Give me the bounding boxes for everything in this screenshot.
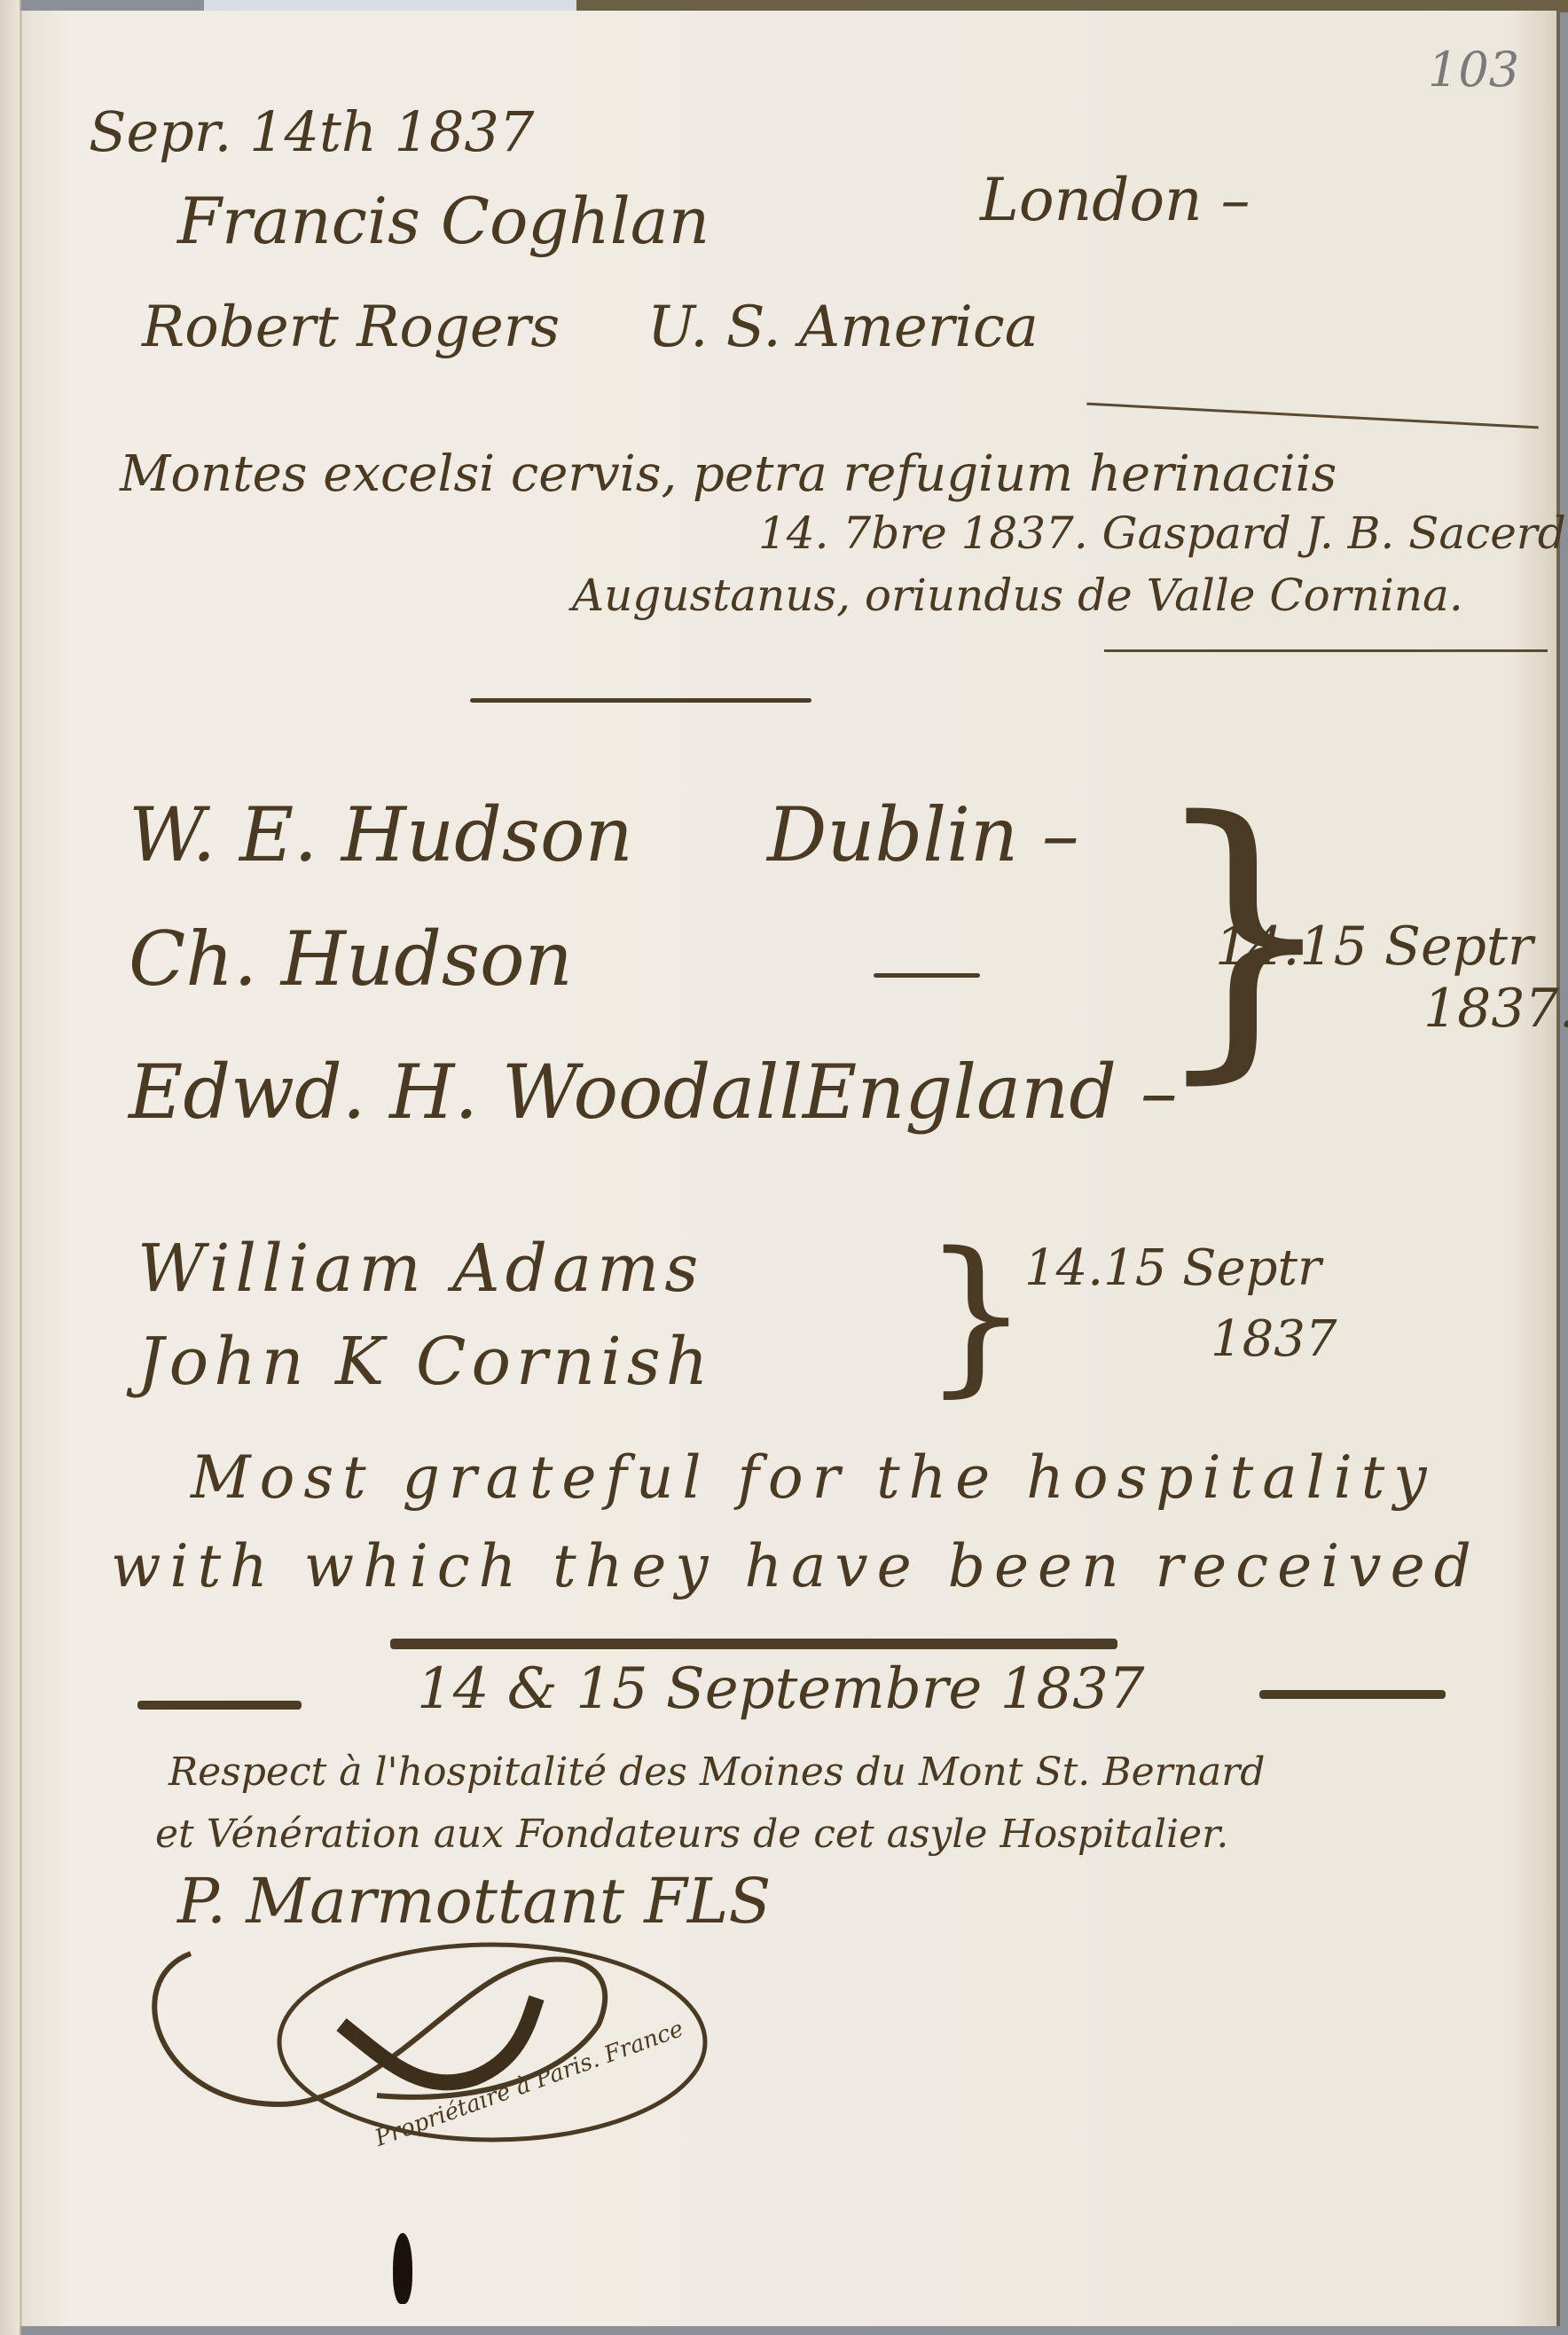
visitor-name: Francis Coghlan [177,184,710,258]
ink-blot [393,2233,412,2304]
separator-line [1086,403,1538,429]
dash [874,973,980,978]
signature-flourish-icon: Propriétaire à Paris. France [137,1927,758,2158]
visitor-place: U. S. America [647,295,1039,360]
latin-origin: Augustanus, oriundus de Valle Cornina. [572,570,1463,621]
page-number: 103 [1428,42,1519,98]
group-date: 14.15 Septr [1215,916,1533,978]
visitor-name: William Adams [137,1230,703,1307]
visitor-place: England – [803,1049,1178,1136]
latin-motto: Montes excelsi cervis, petra refugium he… [120,445,1337,503]
gratitude-note: Most grateful for the hospitality [191,1443,1436,1512]
group-date: 14.15 Septr [1024,1239,1321,1297]
dash-right [1259,1690,1446,1699]
book-gutter [0,0,21,2335]
entry-date: 14 & 15 Septembre 1837 [417,1656,1145,1722]
group-year: 1837. [1423,978,1568,1040]
dash-left [137,1701,302,1710]
separator-rule [470,698,811,703]
visitor-name: John K Cornish [137,1324,713,1400]
visitor-name: Ch. Hudson [129,916,573,1002]
gratitude-note: with which they have been received [111,1532,1480,1600]
brace: } [922,1230,1030,1399]
french-dedication: Respect à l'hospitalité des Moines du Mo… [169,1749,1265,1795]
visitor-place: Dublin – [767,791,1079,878]
group-year: 1837 [1211,1310,1337,1368]
visitor-name: Robert Rogers [142,295,560,360]
visitor-place: London – [980,166,1250,234]
latin-signature: 14. 7bre 1837. Gaspard J. B. Sacerdos. [758,507,1568,559]
visitor-name: Edwd. H. Woodall [129,1049,803,1136]
french-dedication: et Vénération aux Fondateurs de cet asyl… [155,1812,1228,1857]
visitor-name: W. E. Hudson [129,791,633,878]
entry-date: Sepr. 14th 1837 [89,99,534,164]
separator-line [1104,649,1548,652]
register-page: 103 Sepr. 14th 1837 Francis Coghlan Lond… [20,11,1560,2326]
separator-rule [390,1639,1117,1649]
